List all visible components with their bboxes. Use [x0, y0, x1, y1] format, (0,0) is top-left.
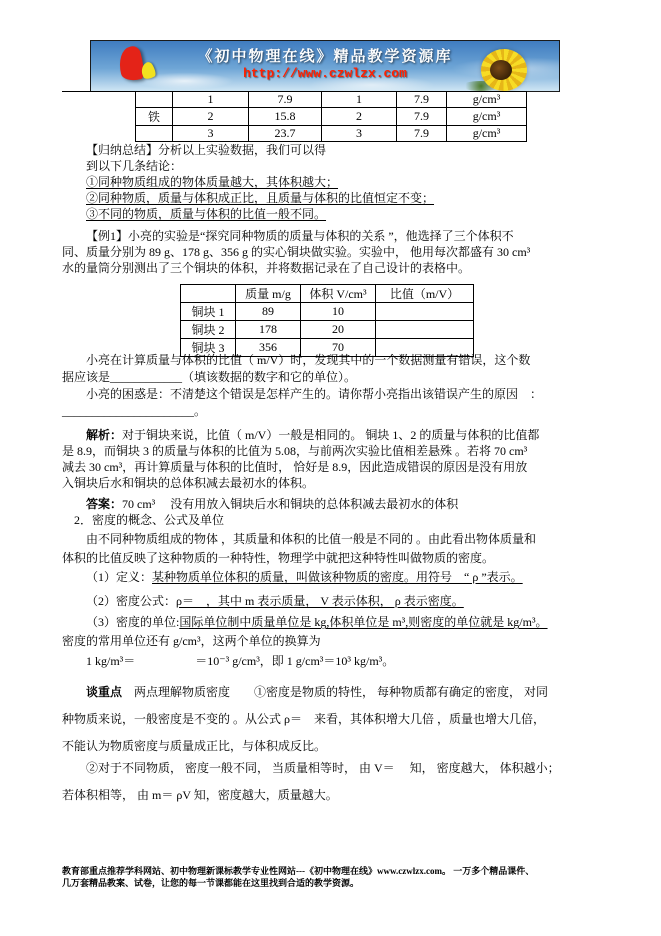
table-cell: g/cm³ — [447, 126, 527, 142]
footer-line: 教育部重点推荐学科网站、初中物理新课标教学专业性网站---《初中物理在线》www… — [62, 865, 534, 877]
table-cell: 2 — [322, 108, 397, 126]
table-cell: 10 — [301, 303, 376, 321]
conclusion-item: ②同种物质，质量与体积成正比，且质量与体积的比值恒定不变； — [86, 190, 434, 206]
table-cell: 15.8 — [249, 108, 322, 126]
table-cell — [376, 303, 474, 321]
definition-text: 某种物质单位体积的质量，叫做该种物质的密度。用符号 “ ρ ”表示。 — [152, 570, 523, 584]
summary-line: 【归纳总结】分析以上实验数据，我们可以得 — [86, 142, 434, 158]
example-line: 【例1】小亮的实验是“探究同种物质的质量与体积的关系 ”，他选择了三个体积不 — [62, 228, 530, 244]
keypoint-line: 若体积相等， 由 m＝ ρV 知，密度越大，质量越大。 — [62, 782, 560, 809]
sunflower-center — [490, 60, 512, 80]
analysis-text: 对于铜块来说，比值（ m/V）一般是相同的。 铜块 1、2 的质量与体积的比值都 — [122, 428, 539, 442]
example-paragraph: 【例1】小亮的实验是“探究同种物质的质量与体积的关系 ”，他选择了三个体积不 同… — [62, 228, 530, 276]
keypoint-line: 种物质来说，一般密度是不变的 。从公式 ρ＝ 来看，其体积增大几倍 ，质量也增大… — [62, 706, 548, 733]
table-cell: 178 — [236, 321, 301, 339]
unit-line: （3）密度的单位:国际单位制中质量单位是 kg,体积单位是 m³,则密度的单位就… — [62, 613, 548, 632]
table-cell: 89 — [236, 303, 301, 321]
example-line: 同、质量分别为 89 g、178 g、356 g 的实心铜块做实验。实验中， 他… — [62, 244, 530, 260]
formula-text: ρ＝ ，其中 m 表示质量， V 表示体积， ρ 表示密度。 — [176, 594, 464, 608]
keypoint-label: 谈重点 — [86, 685, 122, 699]
definition-label: （1）定义： — [86, 570, 152, 584]
table-top-rule — [62, 91, 136, 92]
summary-block: 【归纳总结】分析以上实验数据，我们可以得 到以下几条结论： ①同种物质组成的物体… — [86, 142, 434, 222]
analysis-line: 是 8.9，而铜块 3 的质量与体积的比值为 5.08，与前两次实验比值相差悬殊… — [62, 443, 539, 459]
density-intro-line: 体积的比值反映了这种物质的一种特性，物理学中就把这种特性叫做物质的密度。 — [62, 549, 536, 568]
analysis-block: 解析：对于铜块来说，比值（ m/V）一般是相同的。 铜块 1、2 的质量与体积的… — [62, 427, 539, 491]
table-header-cell: 质量 m/g — [236, 285, 301, 303]
analysis-label: 解析： — [86, 428, 122, 442]
summary-line: 到以下几条结论： — [86, 158, 434, 174]
answer-line: 答案：70 cm³ 没有用放入铜块后水和铜块的总体积减去最初水的体积 — [62, 496, 458, 512]
conclusion-item: ③不同的物质，质量与体积的比值一般不同。 — [86, 206, 434, 222]
analysis-line: 入铜块后水和铜块的总体积减去最初水的体积。 — [62, 475, 539, 491]
formula-label: （2）密度公式： — [86, 594, 176, 608]
table-cell-material: 铁 — [136, 108, 173, 126]
table-cell: 7.9 — [397, 92, 447, 108]
footer-line: 几万套精品教案、试卷，让您的每一节课都能在这里找到合适的教学资源。 — [62, 877, 534, 889]
unit-label: （3）密度的单位: — [86, 615, 179, 629]
table-header-cell: 比值（m/V） — [376, 285, 474, 303]
unit-text: 国际单位制中质量单位是 kg,体积单位是 m³,则密度的单位就是 kg/m³。 — [179, 615, 547, 629]
question-line: 小亮在计算质量与体积的比值（ m/V）时，发现其中的一个数据测量有错误，这个数 — [62, 352, 542, 369]
table-cell: 3 — [322, 126, 397, 142]
analysis-line: 解析：对于铜块来说，比值（ m/V）一般是相同的。 铜块 1、2 的质量与体积的… — [62, 427, 539, 443]
table-cell-label: 铜块 1 — [181, 303, 236, 321]
table-row: 铜块 2 178 20 — [181, 321, 474, 339]
table-cell: 7.9 — [397, 126, 447, 142]
question-line: 小亮的困惑是：不清楚这个错误是怎样产生的。请你帮小亮指出该错误产生的原因 ： — [62, 386, 542, 403]
sunflower-icon — [479, 47, 549, 91]
table-header-cell: 体积 V/cm³ — [301, 285, 376, 303]
density-data-table: 1 7.9 1 7.9 g/cm³ 铁 2 15.8 2 7.9 g/cm³ 3… — [135, 91, 527, 142]
answer-label: 答案： — [86, 497, 122, 511]
table-cell: 23.7 — [249, 126, 322, 142]
keypoint-block: 谈重点 两点理解物质密度 ①密度是物质的特性， 每种物质都有确定的密度， 对同 … — [62, 679, 548, 760]
table-cell: 20 — [301, 321, 376, 339]
question-line: ______________________。 — [62, 403, 542, 420]
table-cell: g/cm³ — [447, 92, 527, 108]
table-cell: 1 — [322, 92, 397, 108]
table-cell: 1 — [173, 92, 249, 108]
table-row: 1 7.9 1 7.9 g/cm³ — [136, 92, 527, 108]
section-title: 2．密度的概念、公式及单位 — [62, 512, 224, 528]
analysis-line: 减去 30 cm³，再计算质量与体积的比值时， 恰好是 8.9，因此造成错误的原… — [62, 459, 539, 475]
example-line: 水的量筒分别测出了三个铜块的体积，并将数据记录在了自己设计的表格中。 — [62, 260, 530, 276]
page-footer: 教育部重点推荐学科网站、初中物理新课标教学专业性网站---《初中物理在线》www… — [62, 865, 534, 889]
table-cell: 7.9 — [249, 92, 322, 108]
table-header-row: 质量 m/g 体积 V/cm³ 比值（m/V） — [181, 285, 474, 303]
site-banner: 《初中物理在线》精品教学资源库 http://www.czwlzx.com — [90, 40, 560, 92]
table-cell: 2 — [173, 108, 249, 126]
keypoint-block-2: ②对于不同物质， 密度一般不同， 当质量相等时， 由 V＝ 知， 密度越大， 体… — [62, 755, 560, 809]
table-cell: g/cm³ — [447, 108, 527, 126]
table-cell — [136, 126, 173, 142]
table-cell: 7.9 — [397, 108, 447, 126]
density-intro: 由不同种物质组成的物体 ，其质量和体积的比值一般是不同的 。由此看出物体质量和 … — [62, 530, 536, 568]
formula-line: （2）密度公式：ρ＝ ，其中 m 表示质量， V 表示体积， ρ 表示密度。 — [62, 593, 464, 609]
table-row: 铁 2 15.8 2 7.9 g/cm³ — [136, 108, 527, 126]
table-row: 铜块 1 89 10 — [181, 303, 474, 321]
conversion-line: 1 kg/m³＝ ＝10⁻³ g/cm³，即 1 g/cm³＝10³ kg/m³… — [62, 653, 394, 669]
keypoint-line: 谈重点 两点理解物质密度 ①密度是物质的特性， 每种物质都有确定的密度， 对同 — [62, 679, 548, 706]
measurement-table: 质量 m/g 体积 V/cm³ 比值（m/V） 铜块 1 89 10 铜块 2 … — [180, 284, 474, 357]
conclusion-item: ①同种物质组成的物体质量越大，其体积越大； — [86, 174, 434, 190]
definition-line: （1）定义：某种物质单位体积的质量，叫做该种物质的密度。用符号 “ ρ ”表示。 — [62, 569, 523, 585]
table-cell: 3 — [173, 126, 249, 142]
answer-text: 70 cm³ 没有用放入铜块后水和铜块的总体积减去最初水的体积 — [122, 497, 458, 511]
unit-continuation-line: 密度的常用单位还有 g/cm³，这两个单位的换算为 — [62, 632, 548, 651]
question-line: 据应该是____________（填该数据的数字和它的单位）。 — [62, 369, 542, 386]
keypoint-text: 两点理解物质密度 ①密度是物质的特性， 每种物质都有确定的密度， 对同 — [122, 685, 548, 699]
density-intro-line: 由不同种物质组成的物体 ，其质量和体积的比值一般是不同的 。由此看出物体质量和 — [62, 530, 536, 549]
table-row: 3 23.7 3 7.9 g/cm³ — [136, 126, 527, 142]
question-block: 小亮在计算质量与体积的比值（ m/V）时，发现其中的一个数据测量有错误，这个数 … — [62, 352, 542, 420]
table-header-cell — [181, 285, 236, 303]
keypoint-line: ②对于不同物质， 密度一般不同， 当质量相等时， 由 V＝ 知， 密度越大， 体… — [62, 755, 560, 782]
unit-block: （3）密度的单位:国际单位制中质量单位是 kg,体积单位是 m³,则密度的单位就… — [62, 613, 548, 651]
table-cell-label: 铜块 2 — [181, 321, 236, 339]
table-cell — [136, 92, 173, 108]
table-cell — [376, 321, 474, 339]
